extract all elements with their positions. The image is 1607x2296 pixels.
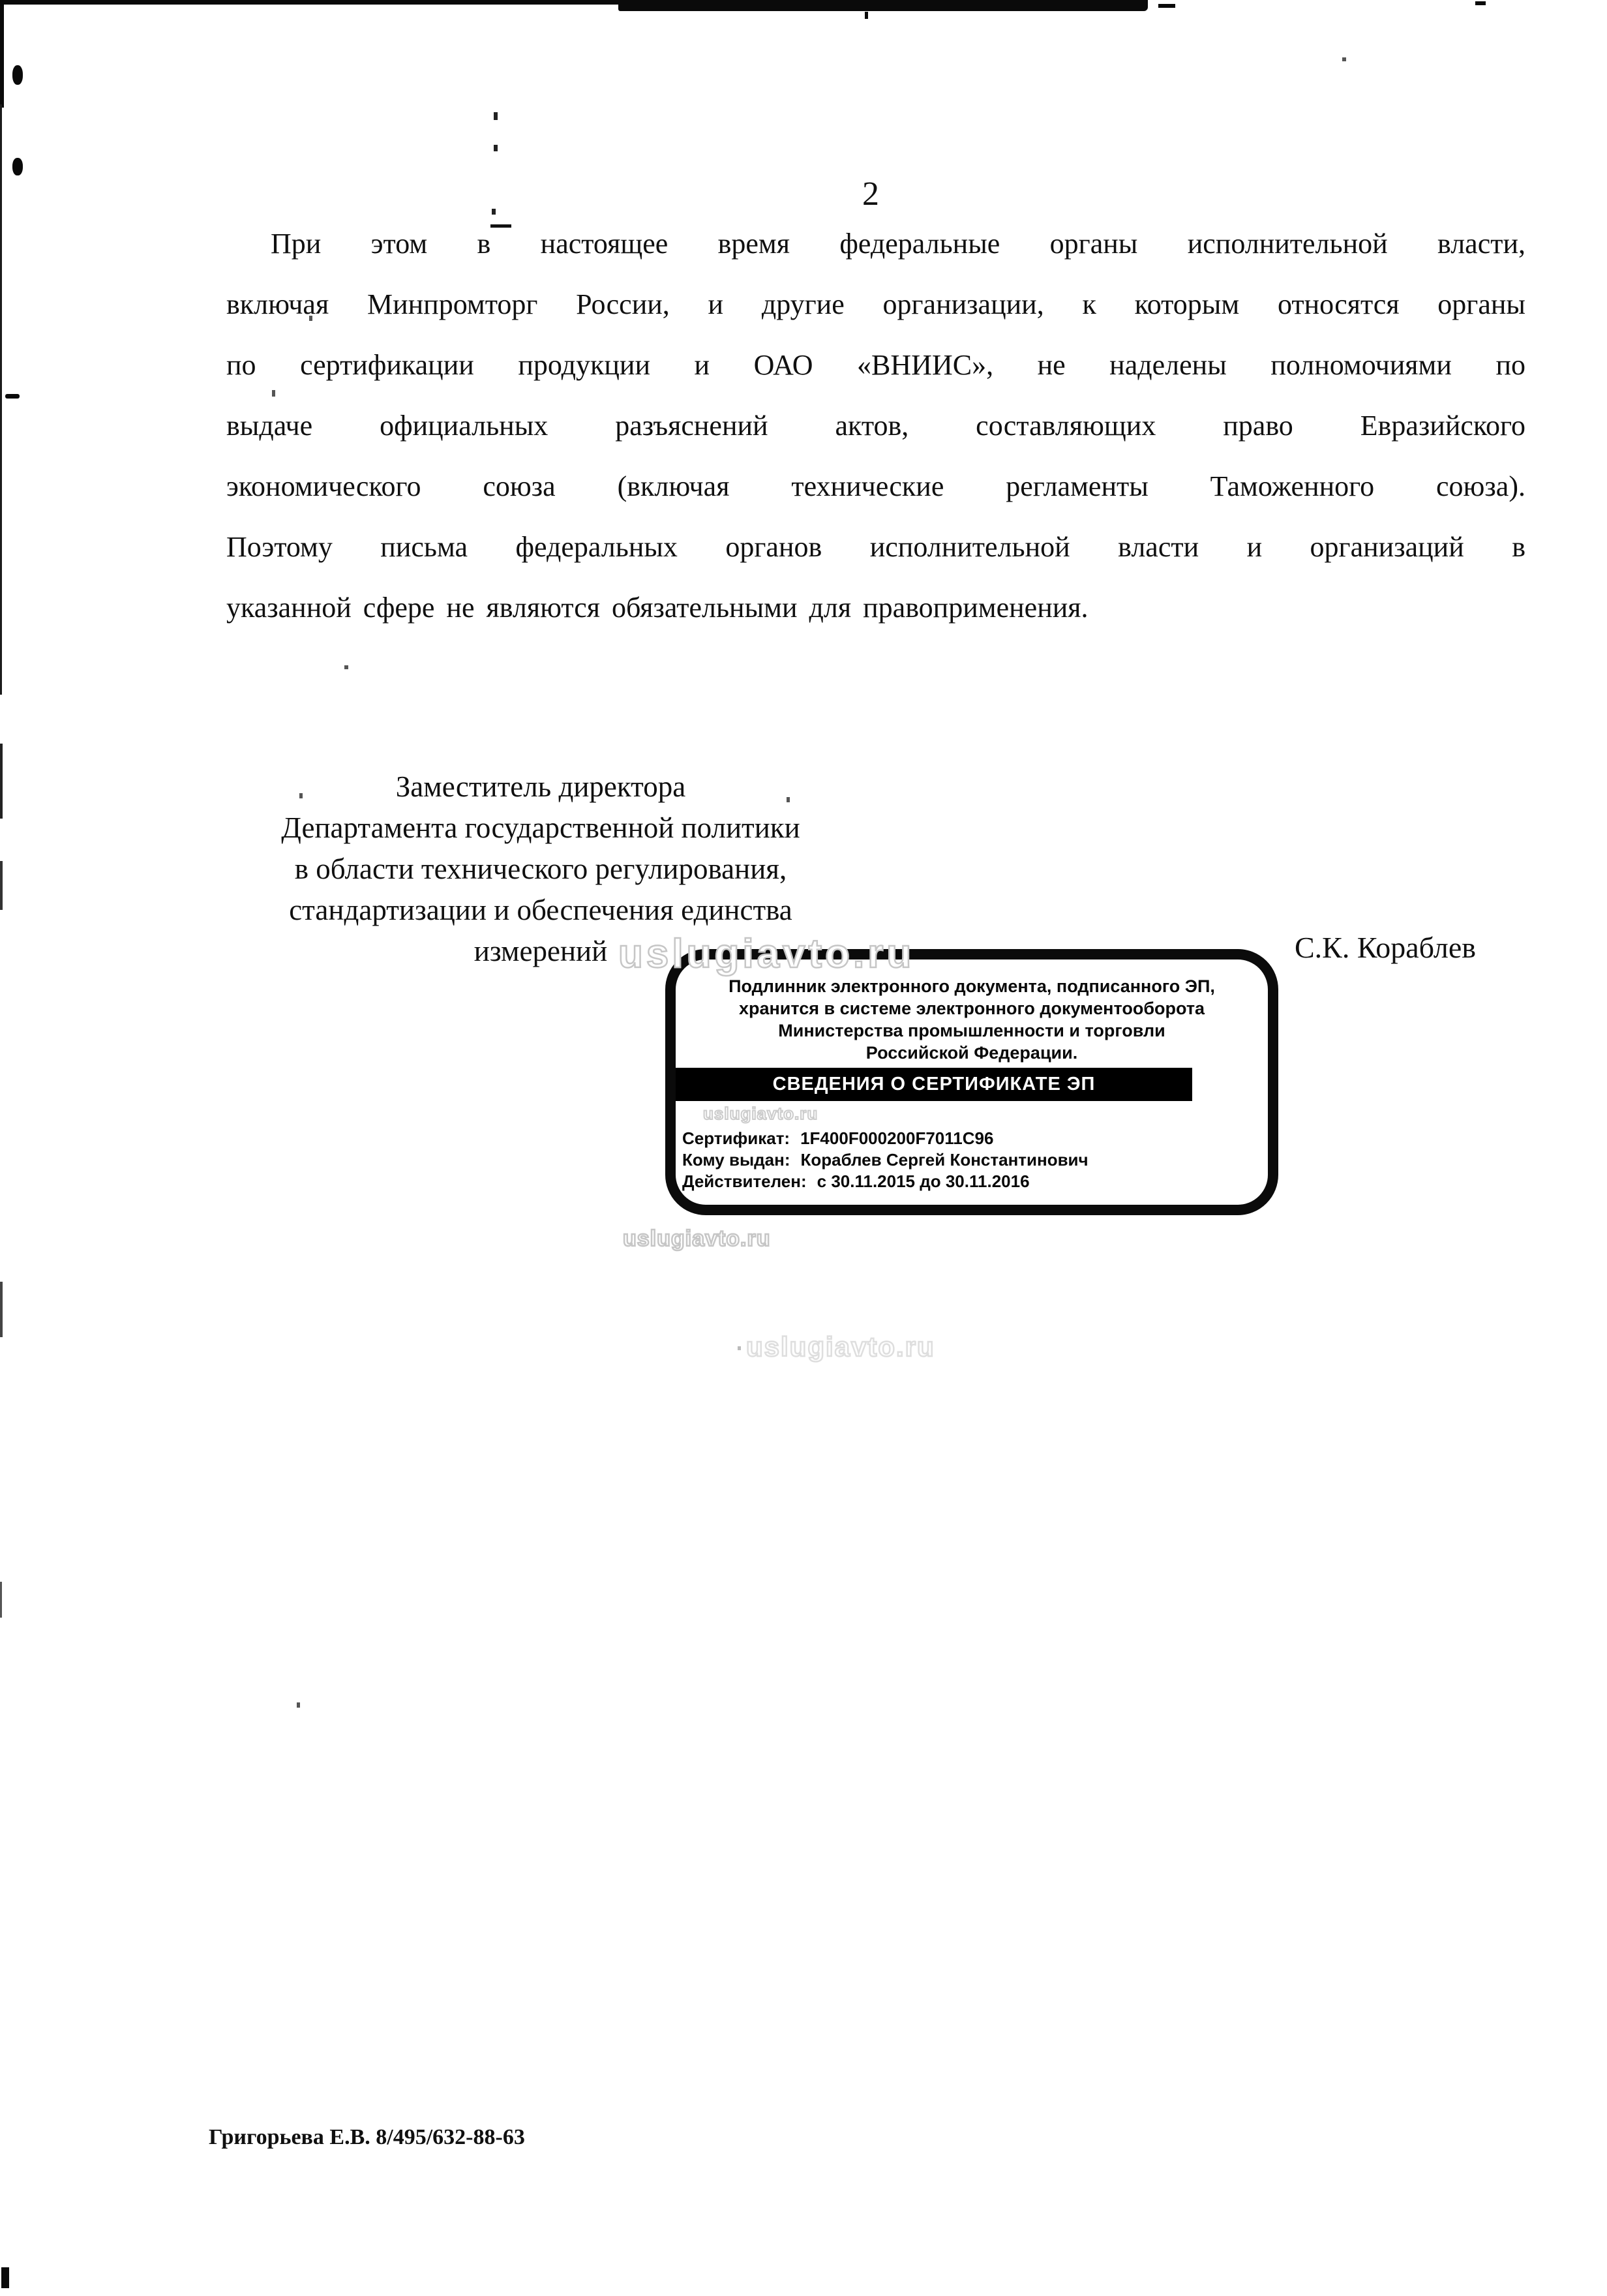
stamp-certificate-details: Сертификат:1F400F000200F7011C96 Кому выд…	[682, 1128, 1089, 1192]
scan-speck	[297, 1702, 300, 1708]
scan-artifact-ink-blob	[12, 158, 23, 175]
page-number: 2	[841, 176, 900, 213]
scan-artifact-left-line	[0, 1282, 3, 1337]
stamp-row-label: Сертификат:	[682, 1128, 790, 1148]
scan-artifact-left-line	[0, 0, 4, 108]
paragraph-line: Поэтому письма федеральных органов испол…	[226, 517, 1525, 577]
stamp-row-value: с 30.11.2015 до 30.11.2016	[817, 1171, 1030, 1191]
stamp-row-validity: Действителен:с 30.11.2015 до 30.11.2016	[682, 1171, 1089, 1192]
scan-speck	[1342, 57, 1346, 61]
scan-artifact-left-line	[0, 104, 2, 695]
scan-artifact-left-line	[0, 861, 3, 910]
watermark-text: uslugiavto.ru	[623, 1228, 770, 1250]
watermark-text: uslugiavto.ru	[746, 1333, 935, 1361]
scan-artifact-top-band-thick	[618, 0, 1148, 11]
scan-artifact-left-line	[0, 1582, 2, 1618]
scan-artifact-hook	[5, 394, 20, 399]
paragraph-line: указанной сфере не являются обязательным…	[226, 577, 1525, 638]
stamp-row-value: Кораблев Сергей Константинович	[801, 1150, 1089, 1170]
stamp-header-line: Министерства промышленности и торговли	[676, 1020, 1268, 1042]
scan-speck	[738, 1346, 741, 1350]
stamp-row-issued-to: Кому выдан:Кораблев Сергей Константинови…	[682, 1149, 1089, 1171]
paragraph-line: При этом в настоящее время федеральные о…	[226, 213, 1525, 274]
watermark-text: uslugiavto.ru	[703, 1105, 818, 1122]
paragraph-line: включая Минпромторг России, и другие орг…	[226, 274, 1525, 335]
stamp-row-value: 1F400F000200F7011C96	[800, 1128, 993, 1148]
stamp-header-line: хранится в системе электронного документ…	[676, 997, 1268, 1020]
electronic-signature-stamp: Подлинник электронного документа, подпис…	[665, 949, 1278, 1215]
signer-name: С.К. Кораблев	[1295, 929, 1476, 967]
stamp-header-line: Подлинник электронного документа, подпис…	[676, 975, 1268, 997]
signature-title-line: стандартизации и обеспечения единства	[219, 890, 862, 931]
scan-speck	[494, 145, 498, 151]
scan-artifact-top-dash	[1475, 1, 1486, 5]
scan-speck	[494, 112, 498, 120]
signature-title-line: Заместитель директора	[219, 766, 862, 808]
scan-artifact-bottom-blob	[1, 2267, 9, 2288]
body-paragraph: При этом в настоящее время федеральные о…	[226, 213, 1525, 638]
signature-title-line: в области технического регулирования,	[219, 849, 862, 890]
scan-artifact-ink-blob	[12, 65, 23, 85]
scan-speck	[344, 665, 348, 669]
stamp-header-line: Российской Федерации.	[676, 1042, 1268, 1064]
watermark-text: uslugiavto.ru	[618, 934, 914, 974]
paragraph-line: экономического союза (включая технически…	[226, 456, 1525, 517]
paragraph-line: выдаче официальных разъяснений актов, со…	[226, 395, 1525, 456]
scanned-document-page: 2 При этом в настоящее время федеральные…	[0, 0, 1607, 2296]
stamp-row-label: Кому выдан:	[682, 1150, 790, 1170]
executor-contact: Григорьева Е.В. 8/495/632-88-63	[209, 2124, 525, 2151]
paragraph-line: по сертификации продукции и ОАО «ВНИИС»,…	[226, 335, 1525, 395]
scan-artifact-top-dash	[1158, 4, 1175, 8]
signature-title-line: Департамента государственной политики	[219, 808, 862, 849]
stamp-row-certificate: Сертификат:1F400F000200F7011C96	[682, 1128, 1089, 1149]
stamp-certificate-bar: СВЕДЕНИЯ О СЕРТИФИКАТЕ ЭП	[676, 1068, 1192, 1101]
scan-artifact-top-speck	[865, 12, 868, 19]
scan-artifact-left-line	[0, 744, 3, 819]
stamp-row-label: Действителен:	[682, 1171, 807, 1191]
stamp-header: Подлинник электронного документа, подпис…	[676, 975, 1268, 1064]
